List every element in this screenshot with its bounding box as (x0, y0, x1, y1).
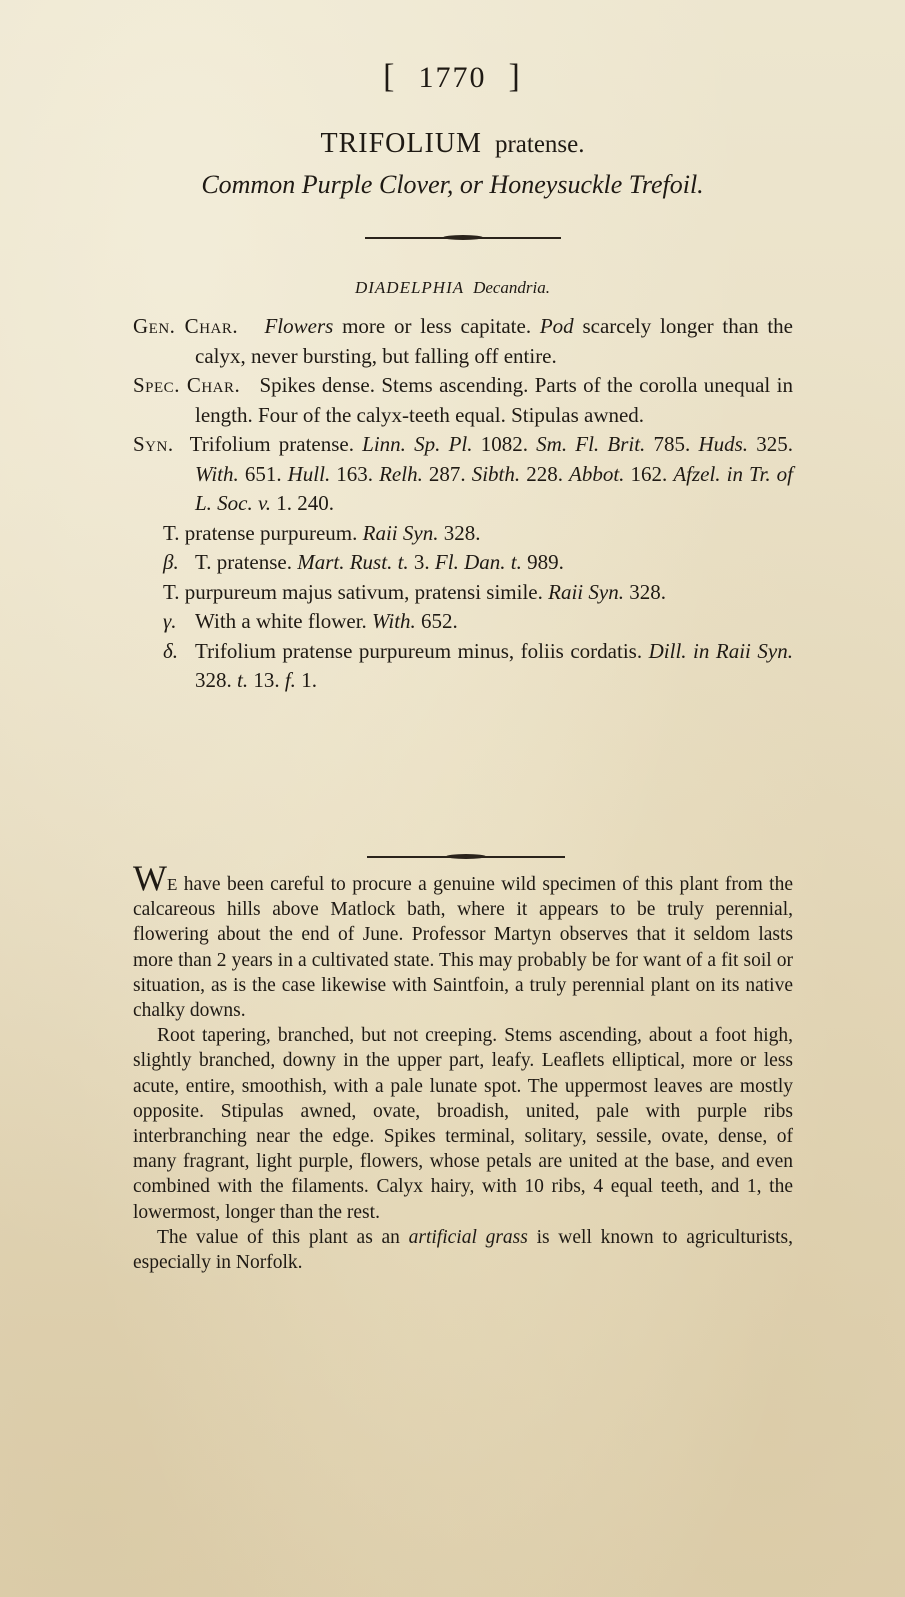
syn-alt-text: T. pratense purpureum. Raii Syn. 328. (163, 521, 480, 545)
greek-letter-beta: β. (163, 548, 195, 578)
common-name: Common Purple Clover, or Honeysuckle Tre… (0, 170, 905, 200)
ornamental-rule (367, 856, 565, 858)
variety-delta: δ.Trifolium pratense purpureum minus, fo… (133, 637, 793, 696)
variety-beta-synonym: T. purpureum majus sativum, pratensi sim… (133, 578, 793, 608)
gen-char-text: Flowers more or less capitate. Pod scarc… (195, 314, 793, 368)
variety-text: Trifolium pratense purpureum minus, foli… (195, 639, 793, 693)
synonyms: Syn. Trifolium pratense. Linn. Sp. Pl. 1… (133, 430, 793, 519)
description-paragraph-3: The value of this plant as an artificial… (133, 1225, 793, 1275)
description: WE have been careful to procure a genuin… (133, 868, 793, 1275)
genus-name: TRIFOLIUM (321, 128, 482, 159)
description-paragraph-1: WE have been careful to procure a genuin… (133, 868, 793, 1023)
variety-sub-text: T. purpureum majus sativum, pratensi sim… (163, 580, 666, 604)
greek-letter-delta: δ. (163, 637, 195, 667)
book-page: [1770] TRIFOLIUM pratense. Common Purple… (0, 0, 905, 1597)
ornamental-rule (365, 237, 561, 239)
small-cap: E (167, 875, 177, 894)
syn-label: Syn. (133, 432, 174, 456)
order-name: Decandria. (473, 278, 550, 297)
spec-char-label: Spec. Char. (133, 373, 240, 397)
paragraph-text: The value of this plant as an (157, 1227, 409, 1248)
italic-term: artificial grass (409, 1227, 528, 1248)
gen-char-label: Gen. Char. (133, 314, 238, 338)
generic-character: Gen. Char. Flowers more or less capitate… (133, 312, 793, 371)
botanical-characters: Gen. Char. Flowers more or less capitate… (133, 312, 793, 696)
species-name: pratense. (495, 131, 585, 158)
paragraph-text: have been careful to procure a genuine w… (133, 874, 793, 1021)
bracket-open: [ (383, 58, 396, 96)
species-title: TRIFOLIUM pratense. (0, 128, 905, 160)
variety-beta: β.T. pratense. Mart. Rust. t. 3. Fl. Dan… (133, 548, 793, 578)
page-number-value: 1770 (419, 61, 487, 94)
page-number: [1770] (0, 58, 905, 96)
specific-character: Spec. Char. Spikes dense. Stems ascendin… (133, 371, 793, 430)
variety-text: T. pratense. Mart. Rust. t. 3. Fl. Dan. … (195, 550, 564, 574)
drop-cap: W (133, 858, 167, 898)
syn-text: Trifolium pratense. Linn. Sp. Pl. 1082. … (190, 432, 793, 515)
greek-letter-gamma: γ. (163, 607, 195, 637)
bracket-close: ] (509, 58, 522, 96)
spec-char-text: Spikes dense. Stems ascending. Parts of … (195, 373, 793, 427)
linnaean-class: DIADELPHIA Decandria. (0, 278, 905, 298)
variety-gamma: γ.With a white flower. With. 652. (133, 607, 793, 637)
synonym-alt: T. pratense purpureum. Raii Syn. 328. (133, 519, 793, 549)
variety-text: With a white flower. With. 652. (195, 609, 458, 633)
description-paragraph-2: Root tapering, branched, but not creepin… (133, 1023, 793, 1225)
class-name: DIADELPHIA (355, 278, 464, 297)
